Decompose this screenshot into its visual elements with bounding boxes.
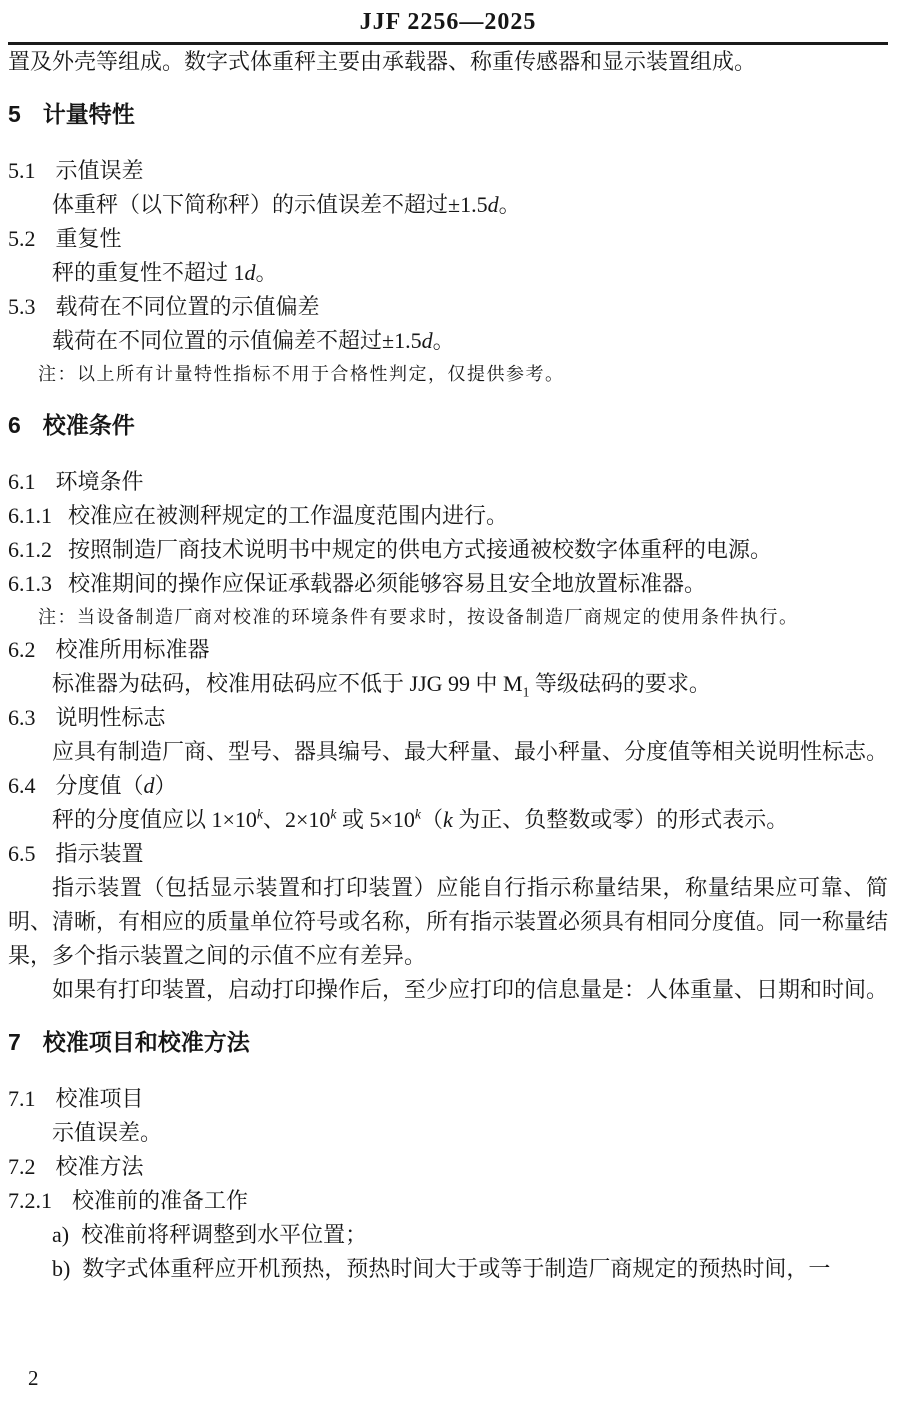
clause-6-1-2: 6.1.2按照制造厂商技术说明书中规定的供电方式接通被校数字体重秤的电源。	[8, 533, 888, 567]
section-5-heading: 5计量特性	[8, 99, 888, 129]
clause-7-1-body: 示值误差。	[8, 1116, 888, 1150]
list-item-b-text: 数字式体重秤应开机预热，预热时间大于或等于制造厂商规定的预热时间，一	[82, 1256, 830, 1281]
clause-5-1-body: 体重秤（以下简称秤）的示值误差不超过±1.5d。	[8, 188, 888, 222]
clause-5-1-number: 5.1	[8, 158, 36, 183]
section-5-number: 5	[8, 101, 21, 127]
clause-6-3-heading: 6.3说明性标志	[8, 701, 888, 735]
clause-6-4-title: 分度值（d）	[56, 773, 177, 798]
clause-5-1-heading: 5.1示值误差	[8, 154, 888, 188]
clause-6-5-paragraph-1: 指示装置（包括显示装置和打印装置）应能自行指示称量结果，称量结果应可靠、简明、清…	[8, 871, 888, 973]
clause-6-4-number: 6.4	[8, 773, 36, 798]
clause-5-3-number: 5.3	[8, 294, 36, 319]
clause-6-1-1-text: 校准应在被测秤规定的工作温度范围内进行。	[68, 503, 508, 528]
list-item-b-marker: b)	[52, 1256, 70, 1281]
clause-7-2-1-number: 7.2.1	[8, 1188, 52, 1213]
clause-7-2-1-title: 校准前的准备工作	[72, 1188, 248, 1213]
clause-7-2-heading: 7.2校准方法	[8, 1150, 888, 1184]
clause-6-2-body: 标准器为砝码，校准用砝码应不低于 JJG 99 中 M1 等级砝码的要求。	[8, 667, 888, 701]
clause-6-4-body: 秤的分度值应以 1×10k、2×10k 或 5×10k（k 为正、负整数或零）的…	[8, 803, 888, 837]
clause-6-1-number: 6.1	[8, 469, 36, 494]
list-item-a: a)校准前将秤调整到水平位置；	[8, 1218, 888, 1252]
clause-6-1-3-number: 6.1.3	[8, 571, 52, 596]
section-7-title: 校准项目和校准方法	[43, 1029, 250, 1055]
clause-6-5-title: 指示装置	[56, 841, 144, 866]
list-item-a-marker: a)	[52, 1222, 69, 1247]
clause-5-2-number: 5.2	[8, 226, 36, 251]
clause-6-1-1-number: 6.1.1	[8, 503, 52, 528]
clause-6-1-heading: 6.1环境条件	[8, 465, 888, 499]
list-item-b: b)数字式体重秤应开机预热，预热时间大于或等于制造厂商规定的预热时间，一	[8, 1252, 888, 1286]
clause-6-1-3: 6.1.3校准期间的操作应保证承载器必须能够容易且安全地放置标准器。	[8, 567, 888, 601]
clause-5-3-title: 载荷在不同位置的示值偏差	[56, 294, 320, 319]
clause-6-1-3-text: 校准期间的操作应保证承载器必须能够容易且安全地放置标准器。	[68, 571, 706, 596]
clause-5-2-title: 重复性	[56, 226, 122, 251]
clause-6-3-title: 说明性标志	[56, 705, 166, 730]
clause-6-2-heading: 6.2校准所用标准器	[8, 633, 888, 667]
section-5-title: 计量特性	[43, 101, 135, 127]
clause-6-1-2-number: 6.1.2	[8, 537, 52, 562]
section-6-number: 6	[8, 412, 21, 438]
section-7-number: 7	[8, 1029, 21, 1055]
section-7-heading: 7校准项目和校准方法	[8, 1027, 888, 1057]
clause-7-1-heading: 7.1校准项目	[8, 1082, 888, 1116]
clause-6-5-paragraph-2: 如果有打印装置，启动打印操作后，至少应打印的信息量是：人体重量、日期和时间。	[8, 973, 888, 1007]
section-6-title: 校准条件	[43, 412, 135, 438]
clause-6-5-heading: 6.5指示装置	[8, 837, 888, 871]
clause-5-1-title: 示值误差	[56, 158, 144, 183]
clause-6-2-title: 校准所用标准器	[56, 637, 210, 662]
clause-6-3-number: 6.3	[8, 705, 36, 730]
clause-5-2-heading: 5.2重复性	[8, 222, 888, 256]
clause-7-2-number: 7.2	[8, 1154, 36, 1179]
clause-6-1-1: 6.1.1校准应在被测秤规定的工作温度范围内进行。	[8, 499, 888, 533]
clause-5-3-body: 载荷在不同位置的示值偏差不超过±1.5d。	[8, 324, 888, 358]
section-6-note: 注：当设备制造厂商对校准的环境条件有要求时，按设备制造厂商规定的使用条件执行。	[8, 601, 888, 633]
clause-7-1-title: 校准项目	[56, 1086, 144, 1111]
clause-6-2-number: 6.2	[8, 637, 36, 662]
clause-7-2-title: 校准方法	[56, 1154, 144, 1179]
document-code-header: JJF 2256—2025	[8, 8, 888, 36]
clause-5-3-heading: 5.3载荷在不同位置的示值偏差	[8, 290, 888, 324]
section-6-heading: 6校准条件	[8, 410, 888, 440]
clause-5-2-body: 秤的重复性不超过 1d。	[8, 256, 888, 290]
clause-7-1-number: 7.1	[8, 1086, 36, 1111]
section-5-note: 注：以上所有计量特性指标不用于合格性判定，仅提供参考。	[8, 358, 888, 390]
page-number: 2	[28, 1366, 39, 1390]
clause-6-1-2-text: 按照制造厂商技术说明书中规定的供电方式接通被校数字体重秤的电源。	[68, 537, 772, 562]
intro-continuation-paragraph: 置及外壳等组成。数字式体重秤主要由承载器、称重传感器和显示装置组成。	[8, 45, 888, 79]
clause-6-3-body: 应具有制造厂商、型号、器具编号、最大秤量、最小秤量、分度值等相关说明性标志。	[8, 735, 888, 769]
document-page: JJF 2256—2025 置及外壳等组成。数字式体重秤主要由承载器、称重传感器…	[0, 0, 900, 1410]
clause-6-4-heading: 6.4分度值（d）	[8, 769, 888, 803]
clause-6-1-title: 环境条件	[56, 469, 144, 494]
clause-7-2-1-heading: 7.2.1校准前的准备工作	[8, 1184, 888, 1218]
list-item-a-text: 校准前将秤调整到水平位置；	[81, 1222, 367, 1247]
clause-6-5-number: 6.5	[8, 841, 36, 866]
